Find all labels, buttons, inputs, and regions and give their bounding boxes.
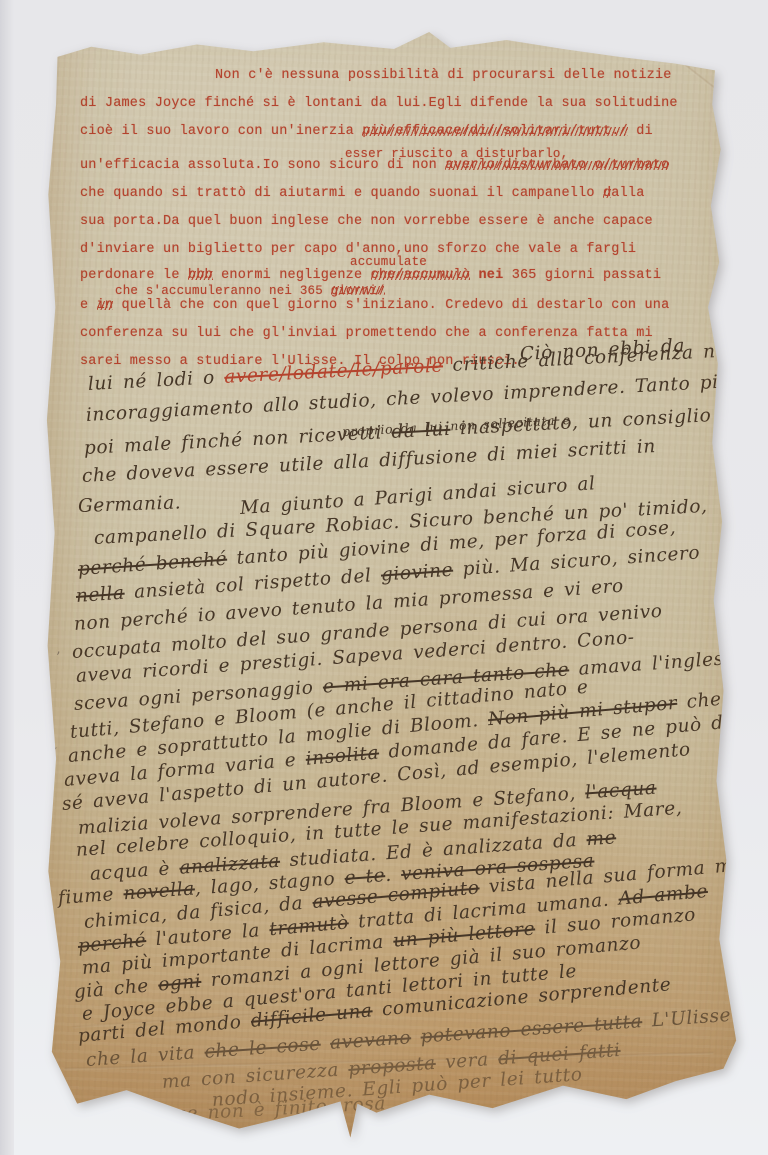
text-segment: avevano bbox=[329, 1027, 411, 1054]
text-segment: novella bbox=[123, 878, 196, 904]
text-segment: perché benché bbox=[77, 549, 228, 580]
text-segment: da lui bbox=[391, 419, 451, 443]
text-segment: Germania. bbox=[78, 492, 182, 517]
paper-sheet: 1 ’ ′ Non c'è nessuna possibilità di pro… bbox=[42, 14, 746, 1142]
text-segment: che di quelle bbox=[676, 680, 768, 713]
page-number: 1 bbox=[673, 39, 692, 66]
document-scan: 1 ’ ′ Non c'è nessuna possibilità di pro… bbox=[0, 0, 768, 1155]
text-segment: fiume bbox=[57, 883, 124, 909]
handwritten-line: Germania. bbox=[78, 492, 182, 517]
text-segment: che la vita bbox=[85, 1042, 205, 1071]
text-segment: insolita bbox=[305, 742, 380, 769]
text-segment: che le cose bbox=[204, 1034, 322, 1063]
text-segment: . bbox=[384, 864, 401, 886]
text-segment: avere/lodate/le/parole bbox=[224, 355, 444, 387]
text-segment: me bbox=[586, 827, 617, 850]
paper-wrapper: 1 ’ ′ Non c'è nessuna possibilità di pro… bbox=[42, 14, 746, 1142]
text-segment: L'Ulisse bbox=[642, 1005, 732, 1032]
text-segment: giovine bbox=[380, 560, 454, 586]
handwriting-layer: Ciò non ebbi dalui né lodi o avere/lodat… bbox=[42, 14, 746, 1142]
text-segment: lui né lodi o bbox=[87, 367, 224, 395]
text-segment: inaspettato, un consiglio bbox=[450, 405, 712, 440]
text-segment: nella bbox=[75, 583, 125, 607]
text-segment: Ad ambe bbox=[618, 881, 709, 910]
text-segment: ogni bbox=[157, 971, 202, 996]
